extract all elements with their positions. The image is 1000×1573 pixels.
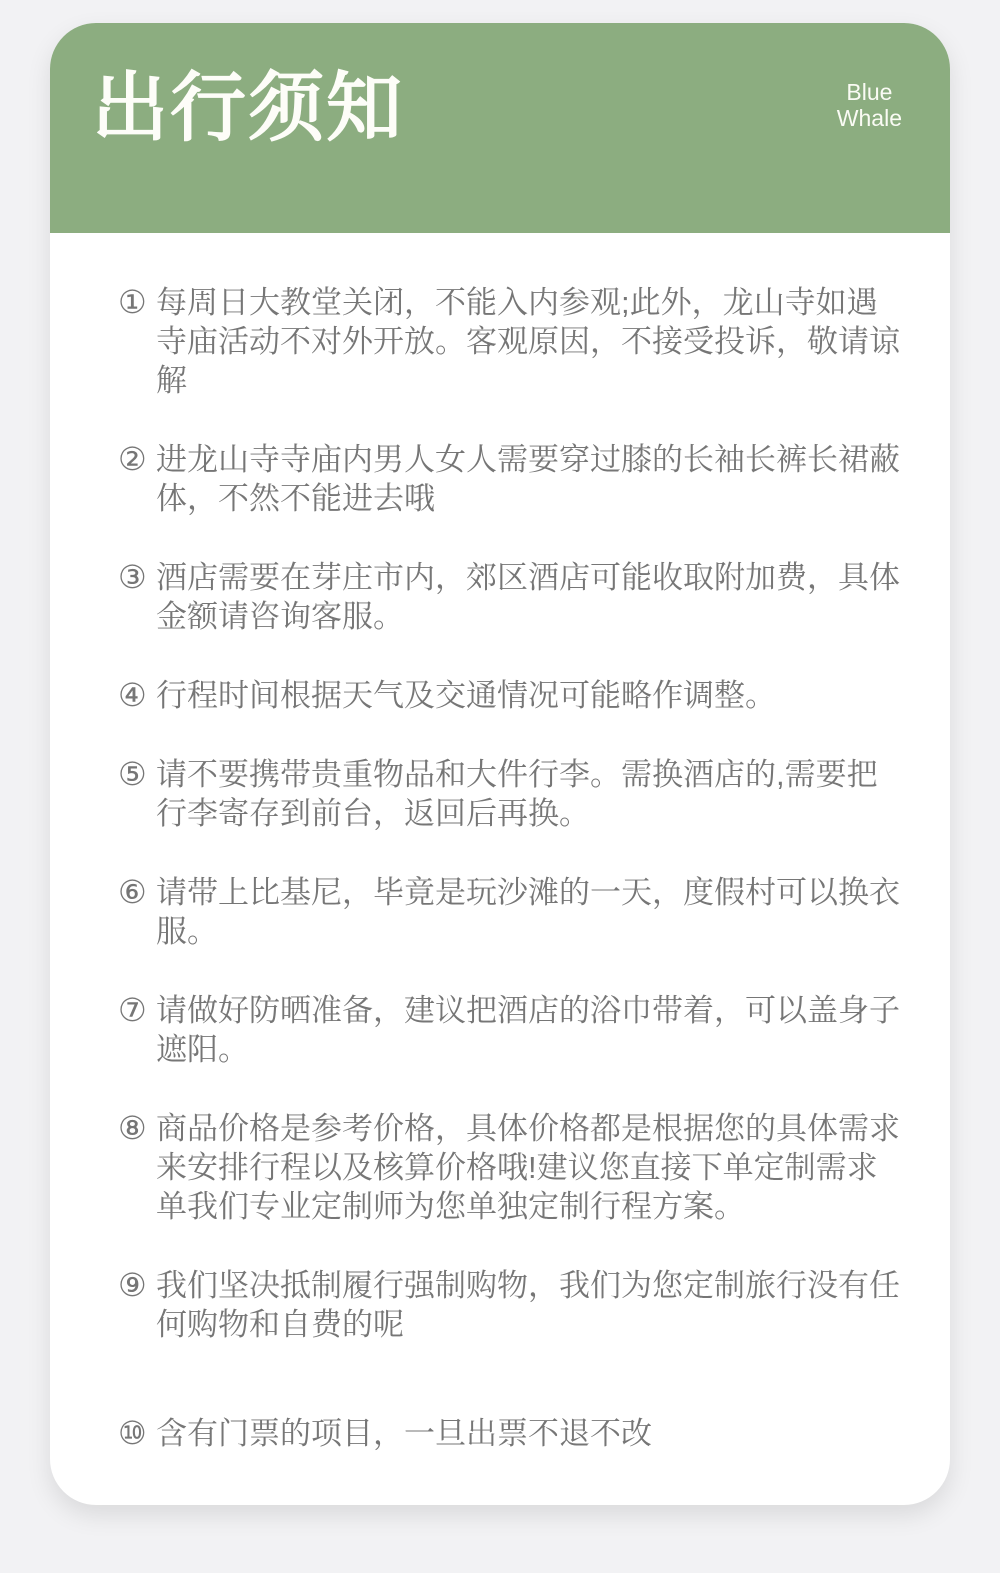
item-number: ④	[118, 676, 156, 715]
item-text: 商品价格是参考价格，具体价格都是根据您的具体需求来安排行程以及核算价格哦!建议您…	[156, 1109, 905, 1226]
list-item: ⑥请带上比基尼，毕竟是玩沙滩的一天，度假村可以换衣服。	[118, 873, 905, 951]
item-number: ①	[118, 283, 156, 400]
item-number: ⑩	[118, 1414, 156, 1453]
item-number: ⑨	[118, 1266, 156, 1344]
brand-logo: Blue Whale	[837, 79, 902, 131]
card-header: 出行须知 Blue Whale	[50, 23, 950, 233]
item-text: 进龙山寺寺庙内男人女人需要穿过膝的长袖长裤长裙蔽体，不然不能进去哦	[156, 440, 905, 518]
item-text: 请不要携带贵重物品和大件行李。需换酒店的,需要把行李寄存到前台，返回后再换。	[156, 755, 905, 833]
item-text: 我们坚决抵制履行强制购物，我们为您定制旅行没有任何购物和自费的呢	[156, 1266, 905, 1344]
item-number: ⑧	[118, 1109, 156, 1226]
list-item: ⑨我们坚决抵制履行强制购物，我们为您定制旅行没有任何购物和自费的呢	[118, 1266, 905, 1344]
item-number: ⑤	[118, 755, 156, 833]
item-text: 行程时间根据天气及交通情况可能略作调整。	[156, 676, 905, 715]
list-item: ④行程时间根据天气及交通情况可能略作调整。	[118, 676, 905, 715]
item-text: 含有门票的项目，一旦出票不退不改	[156, 1414, 905, 1453]
item-text: 请带上比基尼，毕竟是玩沙滩的一天，度假村可以换衣服。	[156, 873, 905, 951]
brand-line1: Blue	[837, 79, 902, 105]
brand-line2: Whale	[837, 105, 902, 131]
item-number: ⑥	[118, 873, 156, 951]
list-item: ⑧商品价格是参考价格，具体价格都是根据您的具体需求来安排行程以及核算价格哦!建议…	[118, 1109, 905, 1226]
list-item: ①每周日大教堂关闭，不能入内参观;此外，龙山寺如遇寺庙活动不对外开放。客观原因，…	[118, 283, 905, 400]
item-text: 酒店需要在芽庄市内，郊区酒店可能收取附加费，具体金额请咨询客服。	[156, 558, 905, 636]
list-item: ⑤请不要携带贵重物品和大件行李。需换酒店的,需要把行李寄存到前台，返回后再换。	[118, 755, 905, 833]
list-item: ②进龙山寺寺庙内男人女人需要穿过膝的长袖长裤长裙蔽体，不然不能进去哦	[118, 440, 905, 518]
item-text: 每周日大教堂关闭，不能入内参观;此外，龙山寺如遇寺庙活动不对外开放。客观原因，不…	[156, 283, 905, 400]
list-item: ⑩含有门票的项目，一旦出票不退不改	[118, 1414, 905, 1453]
item-number: ③	[118, 558, 156, 636]
notice-card: 出行须知 Blue Whale ①每周日大教堂关闭，不能入内参观;此外，龙山寺如…	[50, 23, 950, 1505]
list-item: ③酒店需要在芽庄市内，郊区酒店可能收取附加费，具体金额请咨询客服。	[118, 558, 905, 636]
item-number: ②	[118, 440, 156, 518]
list-item: ⑦请做好防晒准备，建议把酒店的浴巾带着，可以盖身子遮阳。	[118, 991, 905, 1069]
item-number: ⑦	[118, 991, 156, 1069]
item-text: 请做好防晒准备，建议把酒店的浴巾带着，可以盖身子遮阳。	[156, 991, 905, 1069]
notice-list: ①每周日大教堂关闭，不能入内参观;此外，龙山寺如遇寺庙活动不对外开放。客观原因，…	[50, 233, 950, 1453]
page-title: 出行须知	[92, 67, 404, 151]
